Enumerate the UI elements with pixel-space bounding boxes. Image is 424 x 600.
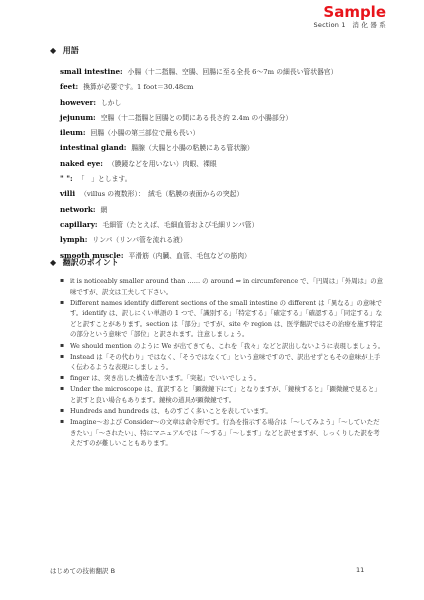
points-title: 翻訳のポイント xyxy=(63,258,119,267)
point-text: Under the microscope は、直訳すると「顕微鏡下にて」となりま… xyxy=(70,385,381,404)
square-bullet-icon: ▪ xyxy=(60,341,64,352)
page-number: 11 xyxy=(356,566,364,574)
point-text: Hundreds and hundreds は、ものすごく多いことを表しています… xyxy=(70,407,272,415)
term-en: lymph: xyxy=(60,235,87,244)
term-item: " ":「 」とします。 xyxy=(60,171,390,186)
term-en: jejunum: xyxy=(60,113,96,122)
point-text: We should mention のように We が出てきても、これを「我々」… xyxy=(70,342,384,350)
diamond-bullet-icon: ◆ xyxy=(50,46,60,55)
diamond-bullet-icon: ◆ xyxy=(50,258,60,267)
term-ja: リンパ（リンパ管を流れる液） xyxy=(92,236,186,244)
term-item: small intestine:小腸（十二指腸、空腸、回腸に至る全長 6～7m … xyxy=(60,64,390,79)
list-item: ▪finger は、突き出した構造を言います。「突起」でいいでしょう。 xyxy=(60,373,385,384)
term-en: villi xyxy=(60,189,75,198)
term-ja: 「 」とします。 xyxy=(78,175,132,183)
points-list: ▪it is noticeably smaller around than ……… xyxy=(60,276,385,450)
term-item: lymph:リンパ（リンパ管を流れる液） xyxy=(60,232,390,247)
square-bullet-icon: ▪ xyxy=(60,373,64,384)
list-item: ▪Under the microscope は、直訳すると「顕微鏡下にて」となり… xyxy=(60,384,385,405)
term-item: villi（villus の複数形）： 絨毛（粘膜の表面からの突起） xyxy=(60,186,390,201)
sample-watermark: Sample xyxy=(314,4,386,20)
term-en: feet: xyxy=(60,82,78,91)
footer-book-title: はじめての技術翻訳 B xyxy=(50,566,115,575)
term-ja: 換算が必要です。1 foot＝30.48cm xyxy=(83,83,193,91)
square-bullet-icon: ▪ xyxy=(60,298,64,309)
term-en: network: xyxy=(60,205,96,214)
terms-list: small intestine:小腸（十二指腸、空腸、回腸に至る全長 6～7m … xyxy=(60,64,390,263)
points-heading: ◆ 翻訳のポイント xyxy=(50,257,119,268)
term-en: " ": xyxy=(60,174,73,183)
term-item: intestinal gland:腸腺（大腸と小腸の粘膜にある管状腺） xyxy=(60,140,390,155)
term-en: capillary: xyxy=(60,220,98,229)
term-ja: 網 xyxy=(101,206,108,214)
term-en: naked eye: xyxy=(60,159,103,168)
square-bullet-icon: ▪ xyxy=(60,417,64,428)
list-item: ▪it is noticeably smaller around than ……… xyxy=(60,276,385,297)
term-ja: 腸腺（大腸と小腸の粘膜にある管状腺） xyxy=(131,144,253,152)
term-ja: 平滑筋（内臓、血管、毛包などの筋肉） xyxy=(129,252,251,260)
terms-title: 用語 xyxy=(63,46,79,55)
square-bullet-icon: ▪ xyxy=(60,384,64,395)
term-ja: 毛細管（たとえば、毛細血管および毛細リンパ管） xyxy=(103,221,259,229)
list-item: ▪Imagine～および Consider～の文章は命令形です。行為を指示する場… xyxy=(60,417,385,449)
term-item: feet:換算が必要です。1 foot＝30.48cm xyxy=(60,79,390,94)
terms-heading: ◆ 用語 xyxy=(50,45,79,56)
point-text: Imagine～および Consider～の文章は命令形です。行為を指示する場合… xyxy=(70,418,380,447)
term-ja: （膜鏡などを用いない）肉眼、裸眼 xyxy=(108,160,217,168)
point-text: Different names identify different secti… xyxy=(70,299,383,339)
list-item: ▪Hundreds and hundreds は、ものすごく多いことを表していま… xyxy=(60,406,385,417)
term-item: capillary:毛細管（たとえば、毛細血管および毛細リンパ管） xyxy=(60,217,390,232)
term-ja: 小腸（十二指腸、空腸、回腸に至る全長 6～7m の細長い管状器官） xyxy=(128,68,338,76)
term-en: intestinal gland: xyxy=(60,143,126,152)
section-label: Section 1 消 化 器 系 xyxy=(314,21,386,29)
page-header: Sample Section 1 消 化 器 系 xyxy=(314,4,386,29)
term-item: naked eye:（膜鏡などを用いない）肉眼、裸眼 xyxy=(60,156,390,171)
list-item: ▪We should mention のように We が出てきても、これを「我々… xyxy=(60,341,385,352)
term-ja: 回腸（小腸の第三部位で最も長い） xyxy=(91,129,200,137)
term-ja: （villus の複数形）： 絨毛（粘膜の表面からの突起） xyxy=(80,190,243,198)
term-item: network:網 xyxy=(60,202,390,217)
point-text: Instead は「その代わり」ではなく、「そうではなくて」という意味ですので、… xyxy=(70,353,380,372)
point-text: finger は、突き出した構造を言います。「突起」でいいでしょう。 xyxy=(70,374,260,382)
list-item: ▪Different names identify different sect… xyxy=(60,298,385,340)
term-ja: しかし xyxy=(101,99,121,107)
term-ja: 空腸（十二指腸と回腸との間にある長さ約 2.4m の小腸部分） xyxy=(101,114,293,122)
term-item: jejunum:空腸（十二指腸と回腸との間にある長さ約 2.4m の小腸部分） xyxy=(60,110,390,125)
square-bullet-icon: ▪ xyxy=(60,352,64,363)
list-item: ▪Instead は「その代わり」ではなく、「そうではなくて」という意味ですので… xyxy=(60,352,385,373)
term-en: ileum: xyxy=(60,128,86,137)
term-item: however:しかし xyxy=(60,95,390,110)
term-en: small intestine: xyxy=(60,67,123,76)
square-bullet-icon: ▪ xyxy=(60,406,64,417)
term-item: ileum:回腸（小腸の第三部位で最も長い） xyxy=(60,125,390,140)
square-bullet-icon: ▪ xyxy=(60,276,64,287)
term-en: however: xyxy=(60,98,96,107)
point-text: it is noticeably smaller around than …… … xyxy=(70,277,383,296)
